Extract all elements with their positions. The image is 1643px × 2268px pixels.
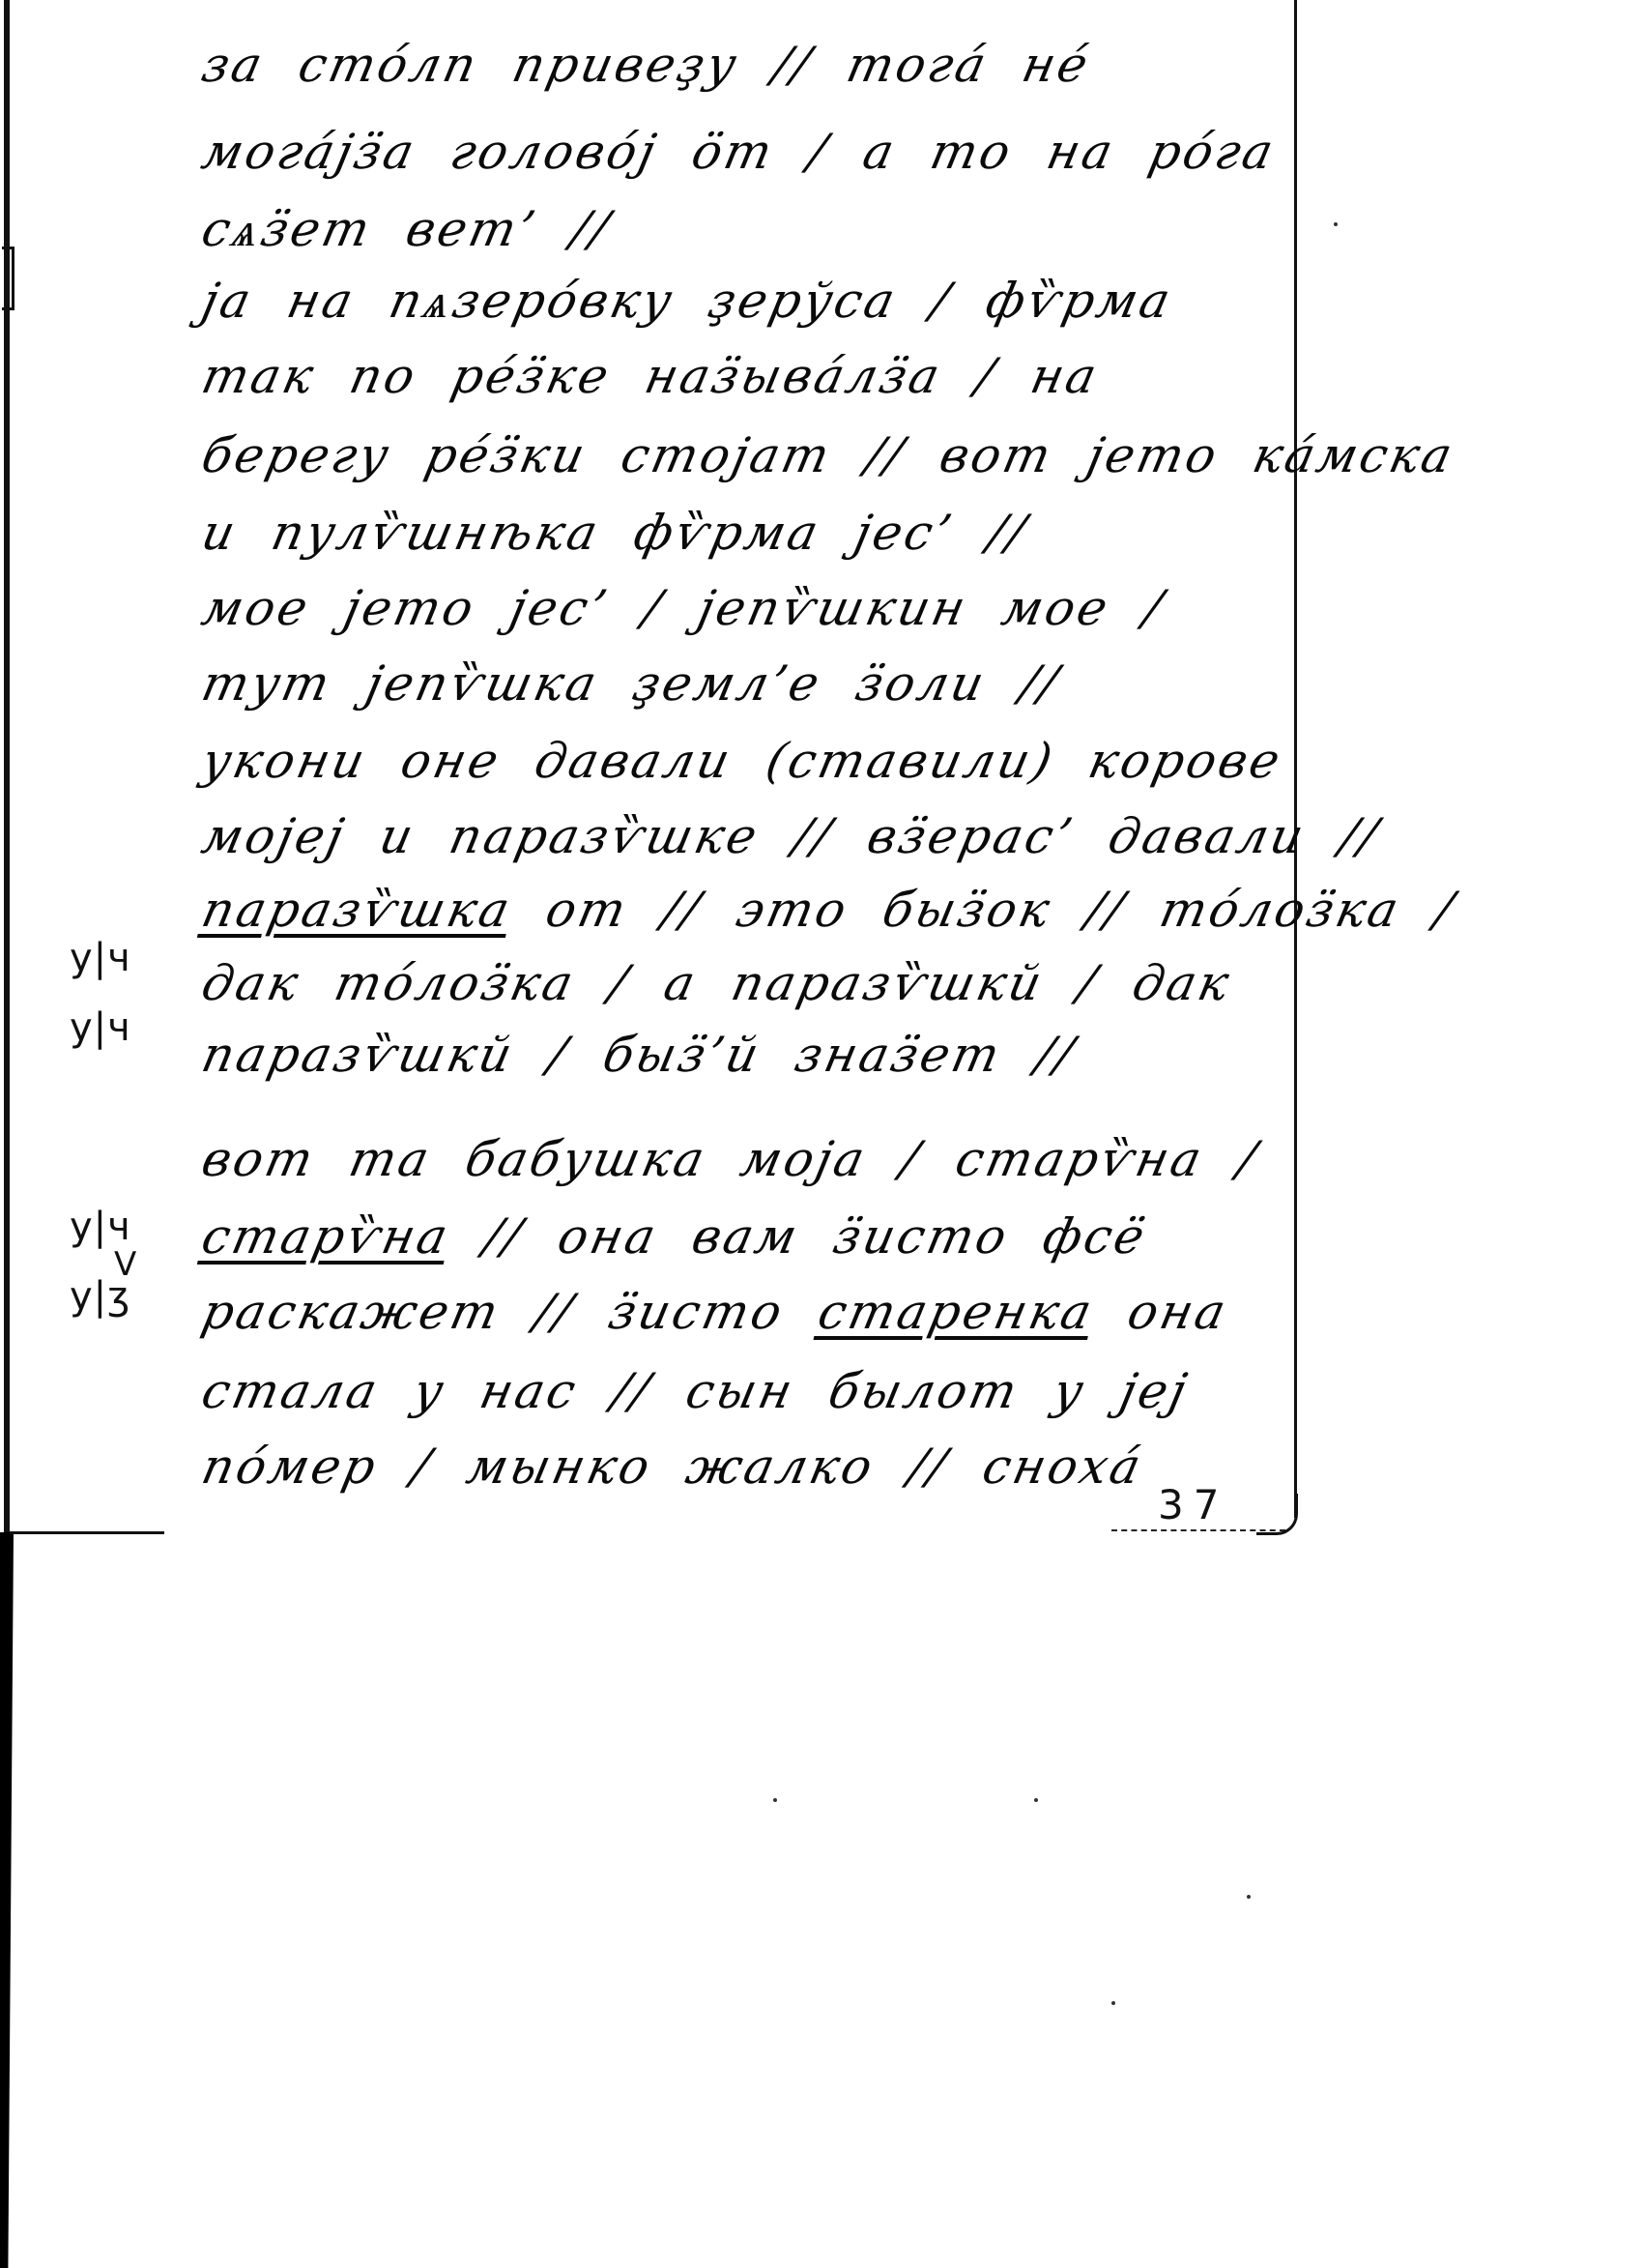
text-line: сѧӟет вет’ // <box>197 201 617 257</box>
text-line: мое јето јес’ / јепѷшкин мое / <box>197 580 1170 636</box>
text-line: и пулѷшнѣка фѷрма јес’ // <box>197 505 1033 561</box>
text-line: старѷна // она вам ӟисто фсё <box>197 1208 1152 1265</box>
scan-speck <box>1111 2001 1115 2005</box>
page-corner <box>1256 1494 1298 1535</box>
text-line: так по рéӟке наӟывáлӟа / на <box>197 348 1105 404</box>
underlined-word: старѷна <box>197 1208 455 1265</box>
scan-speck <box>1247 1895 1251 1899</box>
text-line: пóмер / мынко жалко // снохá <box>197 1439 1148 1495</box>
scan-shadow-bar <box>0 1532 14 2268</box>
text-line: мојеј и паразѷшке // вӟерас’ давали // <box>197 808 1385 864</box>
text-fragment: она <box>1087 1284 1233 1340</box>
margin-annotation: у|ч <box>70 1005 131 1050</box>
text-line: за стóлп привеҙу // тогá нé <box>197 37 1096 93</box>
text-line: тут јепѷшка ҙемл’е ӟоли // <box>197 655 1066 712</box>
text-line: вот та бабушка моја / старѷна / <box>197 1131 1264 1187</box>
text-fragment: раскажет // ӟисто <box>197 1284 825 1340</box>
margin-annotation: у|ӡ <box>70 1274 130 1319</box>
text-fragment: от // это быӟок // тóлоӟка / <box>505 882 1461 938</box>
page-left-notch <box>2 247 14 310</box>
scan-speck <box>1034 1798 1038 1802</box>
text-line: дак тóлоӟка / а паразѷшкй / дак <box>197 955 1237 1011</box>
scanned-page: за стóлп привеҙу // тогá нé могáјӟа голо… <box>0 0 1643 2268</box>
underlined-word: старенка <box>814 1284 1100 1340</box>
scan-speck <box>773 1798 777 1802</box>
text-line: берегу рéӟки стојат // вот јето кáмска <box>197 427 1460 483</box>
text-line: паразѷшка от // это быӟок // тóлоӟка / <box>197 882 1461 938</box>
page-left-edge <box>4 0 10 1532</box>
margin-annotation: у|ч <box>70 1205 131 1249</box>
text-line: ја на пѧзерóвку ҙерўса / фѷрма <box>197 273 1178 329</box>
text-line: укони оне давали (ставили) корове <box>197 733 1287 789</box>
text-line: раскажет // ӟисто старенка она <box>197 1284 1233 1340</box>
page-number: 37 <box>1158 1481 1228 1528</box>
text-line: могáјӟа головóј ӧт / а то на рóга <box>197 124 1281 180</box>
page-bottom-edge <box>10 1531 164 1534</box>
underlined-word: паразѷшка <box>197 882 517 938</box>
scan-speck <box>1334 222 1338 226</box>
margin-annotation: у|ч <box>70 936 131 980</box>
text-line: паразѷшкй / быӟ’й знаӟет // <box>197 1027 1081 1083</box>
text-line: стала у нас // сын былот у јеј <box>197 1363 1195 1419</box>
text-fragment: // она вам ӟисто фсё <box>444 1208 1152 1265</box>
page-right-edge <box>1294 0 1297 1518</box>
